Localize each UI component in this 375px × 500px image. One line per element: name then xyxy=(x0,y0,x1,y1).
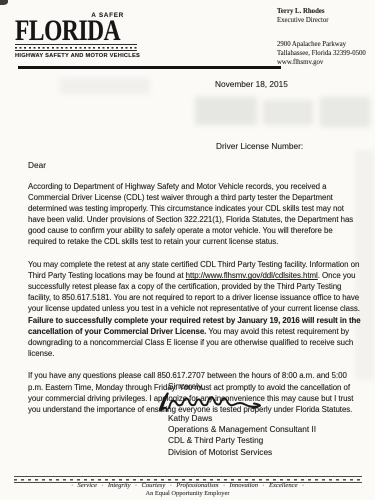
equal-opportunity-line: An Equal Opportunity Employer xyxy=(0,490,375,497)
address-block: 2900 Apalachee Parkway Tallahassee, Flor… xyxy=(277,41,366,67)
address-line-2: Tallahassee, Florida 32399-0500 xyxy=(277,50,366,59)
scan-smudge xyxy=(320,97,370,127)
address-website: www.flhsmv.gov xyxy=(277,59,366,68)
flhsmv-logo: A SAFER FLORIDA HIGHWAY SAFETY AND MOTOR… xyxy=(15,12,137,59)
signer-title-1: Operations & Management Consultant II xyxy=(168,424,316,435)
scan-smudge xyxy=(195,97,257,125)
scanned-letter-page: A SAFER FLORIDA HIGHWAY SAFETY AND MOTOR… xyxy=(0,0,375,500)
executive-name: Terry L. Rhodes xyxy=(277,8,329,17)
logo-florida-wordmark: FLORIDA xyxy=(15,19,110,42)
agency-values-motto: · Service · Integrity · Courtesy · Profe… xyxy=(0,482,375,489)
handwritten-signature xyxy=(154,388,266,415)
driver-license-number-label: Driver License Number: xyxy=(216,141,303,151)
scan-artifact xyxy=(0,0,8,5)
signer-title-2: CDL & Third Party Testing xyxy=(168,435,316,446)
salutation: Dear xyxy=(28,160,46,170)
letter-date: November 18, 2015 xyxy=(215,79,288,89)
address-line-1: 2900 Apalachee Parkway xyxy=(277,41,366,50)
letterhead-rule xyxy=(18,66,281,69)
paragraph-1: According to Department of Highway Safet… xyxy=(28,181,361,248)
logo-subtitle: HIGHWAY SAFETY AND MOTOR VEHICLES xyxy=(15,53,137,59)
executive-title: Executive Director xyxy=(277,17,329,26)
signer-name: Kathy Daws xyxy=(168,413,316,424)
signature-block: Kathy Daws Operations & Management Consu… xyxy=(168,413,316,458)
scan-smudge xyxy=(263,100,313,125)
signer-title-3: Division of Motorist Services xyxy=(168,447,316,458)
cdl-sites-link[interactable]: http://www.flhsmv.gov/ddl/cdlsites.html xyxy=(186,271,318,280)
executive-block: Terry L. Rhodes Executive Director xyxy=(277,8,329,26)
paragraph-2: You may complete the retest at any state… xyxy=(28,259,361,359)
scan-smudge xyxy=(60,78,150,94)
